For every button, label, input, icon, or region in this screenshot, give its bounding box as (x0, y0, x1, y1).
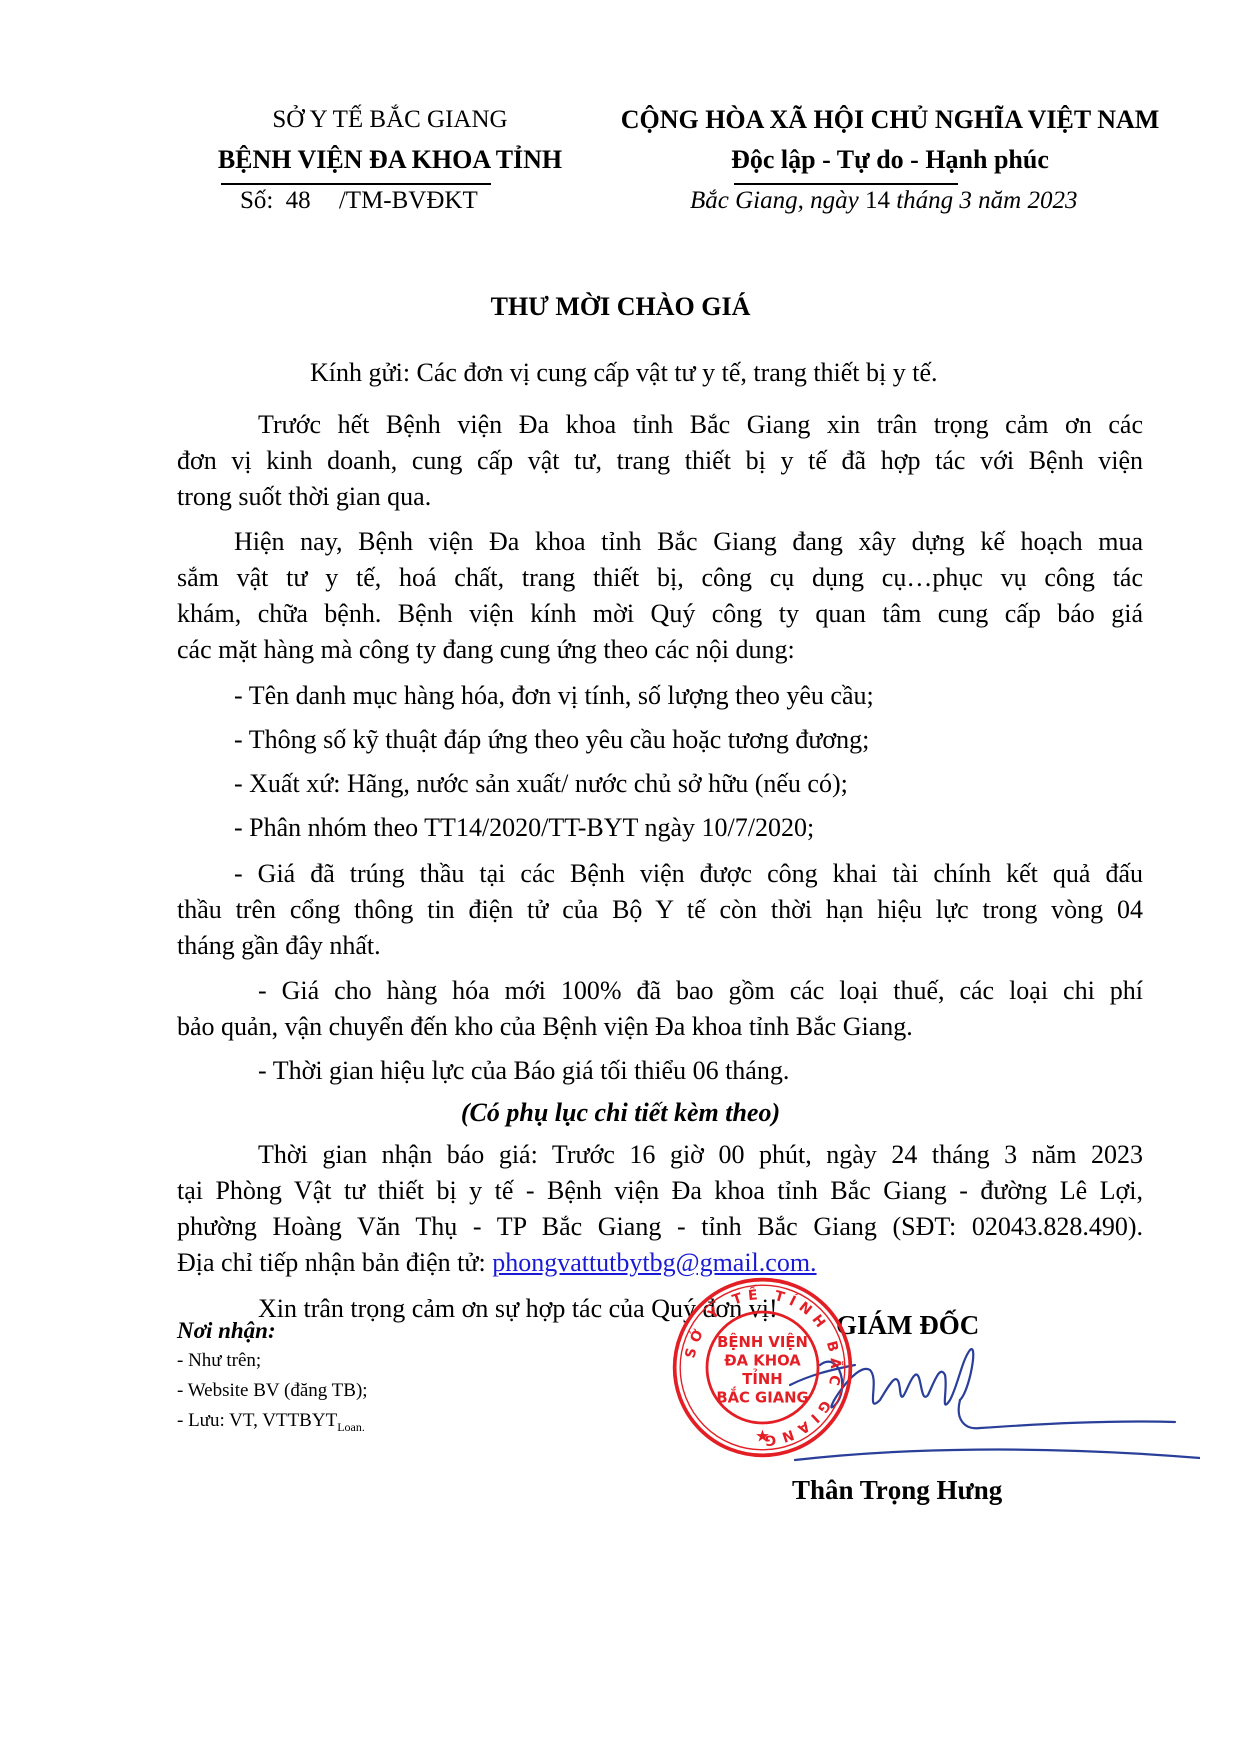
date-prefix: Bắc Giang, ngày (690, 187, 859, 214)
bullet-item: - Xuất xứ: Hãng, nước sản xuất/ nước chủ… (234, 769, 848, 799)
date-suffix: tháng 3 năm 2023 (896, 187, 1077, 214)
hospital-name: BỆNH VIỆN ĐA KHOA TỈNH (150, 145, 630, 175)
paragraph-3-line: thầu trên cổng thông tin điện tử của Bộ … (177, 895, 1143, 925)
doc-number-label: Số: (240, 187, 273, 214)
document-number: Số: 48 /TM-BVĐKT (240, 186, 478, 216)
paragraph-3-line: tháng gần đây nhất. (177, 931, 381, 961)
archive-initials: Loan. (337, 1420, 365, 1434)
paragraph-6-line: phường Hoàng Văn Thụ - TP Bắc Giang - tỉ… (177, 1212, 1143, 1242)
paragraph-6-line: Thời gian nhận báo giá: Trước 16 giờ 00 … (258, 1140, 1143, 1170)
hospital-underline (221, 183, 491, 185)
national-title: CỘNG HÒA XÃ HỘI CHỦ NGHĨA VIỆT NAM (590, 105, 1190, 135)
paragraph-1-line: đơn vị kinh doanh, cung cấp vật tư, tran… (177, 446, 1143, 476)
document-title: THƯ MỜI CHÀO GIÁ (0, 292, 1241, 322)
appendix-note: (Có phụ lục chi tiết kèm theo) (0, 1098, 1241, 1128)
paragraph-1-line: Trước hết Bệnh viện Đa khoa tỉnh Bắc Gia… (258, 410, 1143, 440)
stamp-center-line: BỆNH VIỆN (717, 1333, 808, 1351)
stamp-center-line: TỈNH (742, 1369, 782, 1388)
stamp-center-line: ĐA KHOA (724, 1353, 801, 1370)
document-date: Bắc Giang, ngày 14 tháng 3 năm 2023 (690, 186, 1077, 216)
recipients-item: - Lưu: VT, VTTBYTLoan. (177, 1408, 365, 1440)
paragraph-3-line: - Giá đã trúng thầu tại các Bệnh viện đư… (234, 859, 1143, 889)
recipients-item: - Website BV (đăng TB); (177, 1378, 368, 1404)
recipient-line: Kính gửi: Các đơn vị cung cấp vật tư y t… (310, 358, 938, 388)
paragraph-5: - Thời gian hiệu lực của Báo giá tối thi… (258, 1056, 789, 1086)
paragraph-2-line: sắm vật tư y tế, hoá chất, trang thiết b… (177, 563, 1143, 593)
paragraph-4-line: bảo quản, vận chuyển đến kho của Bệnh vi… (177, 1012, 913, 1042)
stamp-star-icon: ★ (755, 1427, 770, 1446)
official-stamp: SỞ Y TẾ TỈNH BẮC GIANG BỆNH VIỆN ĐA KHOA… (670, 1275, 855, 1460)
recipients-item: - Như trên; (177, 1348, 261, 1374)
motto-underline (734, 183, 958, 185)
paragraph-2-line: Hiện nay, Bệnh viện Đa khoa tỉnh Bắc Gia… (234, 527, 1143, 557)
recipients-item-text: - Lưu: VT, VTTBYT (177, 1410, 337, 1431)
department-name: SỞ Y TẾ BẮC GIANG (170, 105, 610, 135)
paragraph-6-line: tại Phòng Vật tư thiết bị y tế - Bệnh vi… (177, 1176, 1143, 1206)
paragraph-4-line: - Giá cho hàng hóa mới 100% đã bao gồm c… (258, 976, 1143, 1006)
bullet-item: - Tên danh mục hàng hóa, đơn vị tính, số… (234, 681, 874, 711)
paragraph-2-line: các mặt hàng mà công ty đang cung ứng th… (177, 635, 795, 665)
recipients-label: Nơi nhận: (177, 1318, 276, 1344)
doc-number-value: 48 (286, 187, 311, 214)
doc-code: /TM-BVĐKT (339, 187, 478, 214)
stamp-center-line: BẮC GIANG (716, 1388, 808, 1407)
paragraph-2-line: khám, chữa bệnh. Bệnh viện kính mời Quý … (177, 599, 1143, 629)
bullet-item: - Phân nhóm theo TT14/2020/TT-BYT ngày 1… (234, 813, 814, 843)
bullet-item: - Thông số kỹ thuật đáp ứng theo yêu cầu… (234, 725, 869, 755)
email-line: Địa chỉ tiếp nhận bản điện tử: phongvatt… (177, 1248, 817, 1278)
date-day: 14 (865, 187, 890, 214)
email-link[interactable]: phongvattutbytbg@gmail.com. (492, 1248, 816, 1277)
signer-name: Thân Trọng Hưng (792, 1475, 1002, 1506)
national-motto: Độc lập - Tự do - Hạnh phúc (590, 145, 1190, 175)
paragraph-1-line: trong suốt thời gian qua. (177, 482, 431, 512)
email-label: Địa chỉ tiếp nhận bản điện tử: (177, 1248, 486, 1277)
